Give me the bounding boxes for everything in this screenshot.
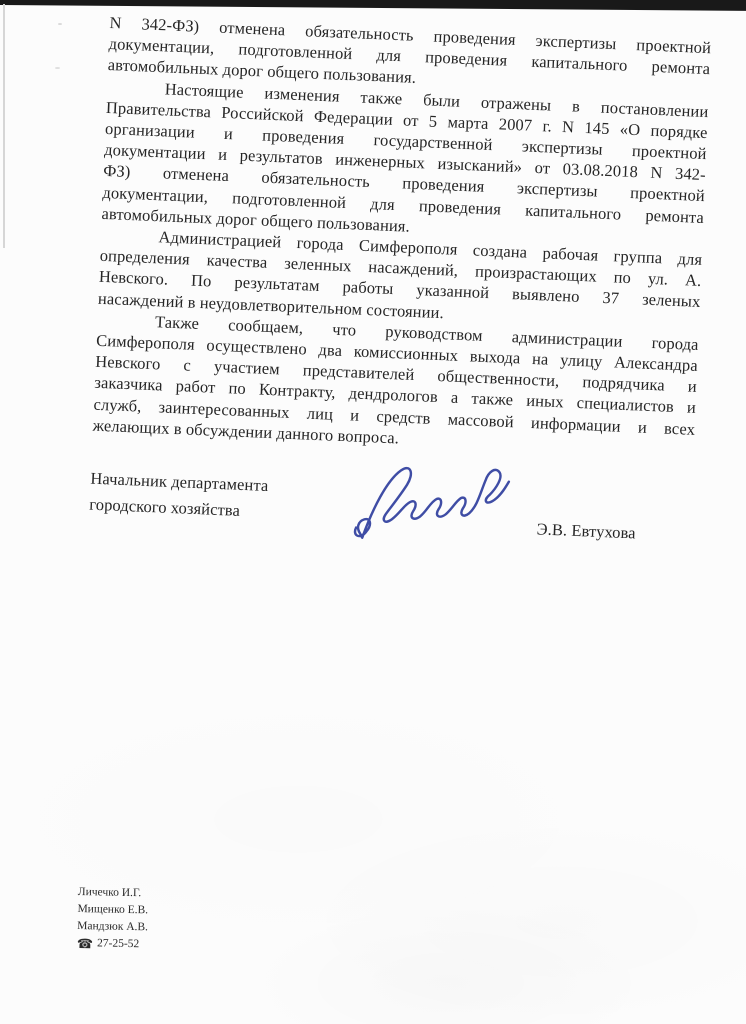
executors-footer: Личечко И.Г. Мищенко Е.В. Мандзюк А.В. ☎… — [77, 884, 149, 953]
phone-number: 27-25-52 — [97, 935, 139, 953]
scanned-letter-page: N 342-ФЗ) отменена обязательность провед… — [0, 0, 746, 1024]
scan-speck — [58, 23, 62, 25]
phone-icon: ☎ — [77, 935, 94, 952]
executor-name: Мандзюк А.В. — [77, 918, 148, 936]
executor-name: Мищенко Е.В. — [77, 901, 148, 919]
contact-phone-row: ☎ 27-25-52 — [77, 935, 148, 953]
signer-name: Э.В. Евтухова — [536, 518, 636, 543]
handwritten-signature — [350, 446, 518, 548]
executor-name: Личечко И.Г. — [78, 884, 149, 902]
scan-edge-top — [0, 0, 746, 11]
signer-title: Начальник департамента городского хозяйс… — [89, 466, 269, 525]
scan-artifact-line — [3, 4, 5, 248]
scan-speck — [55, 67, 60, 69]
